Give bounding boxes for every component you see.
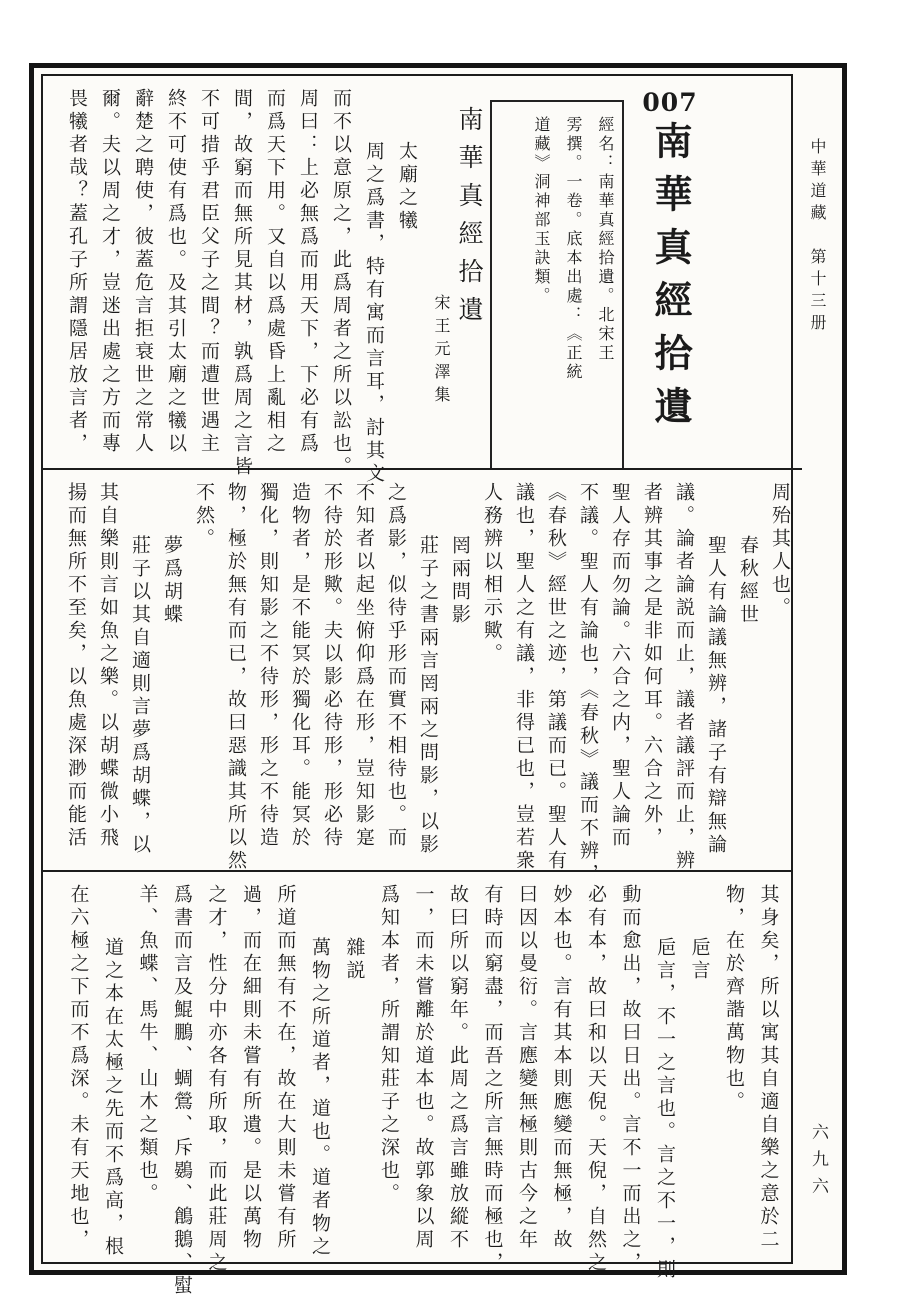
text-column: 不議。聖人有論也，《春秋》議而不辨， <box>565 480 597 862</box>
serial-number: 007 <box>642 86 697 121</box>
text-column: 羊、魚蝶、馬牛、山木之類也。 <box>122 882 157 1254</box>
text-column: 過，而在細則未嘗有所遺。是以萬物 <box>226 882 261 1254</box>
text-column: 不然。 <box>181 480 213 862</box>
text-column: 動而愈出，故曰日出。言不一而出之， <box>605 882 640 1254</box>
section-heading: 雜説 <box>329 882 364 1254</box>
text-column: 之爲影，似待乎形而實不相待也。而 <box>373 480 405 862</box>
text-column: 曰因以曼衍。言應變無極則古今之年 <box>502 882 537 1254</box>
folio-number: 六九六 <box>806 1123 831 1204</box>
text-column: 故曰所以窮年。此周之爲言雖放縱不 <box>433 882 468 1254</box>
text-column: 終不可使有爲也。及其引太廟之犧以 <box>152 86 185 460</box>
page-outer-frame: 007 南華真經拾遺 經名：南華真經拾遺。北宋王雱撰。一卷。底本出處：《正統道藏… <box>29 63 847 1275</box>
text-column: 莊子以其自適則言夢爲胡蝶，以 <box>117 480 149 862</box>
text-column: 周殆其人也。 <box>757 480 789 862</box>
text-column: 巵言，不一之言也。言之不一，則 <box>640 882 675 1254</box>
text-column: 不可措乎君臣父子之間？而遭世遇主 <box>185 86 218 460</box>
text-column: 莊子之書兩言罔兩之問影，以影 <box>405 480 437 862</box>
text-column: 不知者以起坐俯仰爲在形，豈知影寔 <box>341 480 373 862</box>
colophon-line: 經名：南華真經拾遺。北宋王 <box>581 116 613 454</box>
text-column: 議也，聖人之有議，非得已也，豈若衆 <box>501 480 533 862</box>
colophon-column: 經名：南華真經拾遺。北宋王雱撰。一卷。底本出處：《正統道藏》洞神部玉訣類。 <box>482 86 620 460</box>
section-heading: 罔兩問影 <box>437 480 469 862</box>
text-column: 爾。夫以周之才，豈迷出處之方而專 <box>86 86 119 460</box>
text-column: 者辨其事之是非如何耳。六合之外， <box>629 480 661 862</box>
chapter-title: 南華真經拾遺 <box>449 86 482 460</box>
text-column: 爲知本者，所謂知莊子之深也。 <box>364 882 399 1254</box>
colophon-line: 道藏》洞神部玉訣類。 <box>517 116 549 454</box>
author-byline: 宋王元澤集 <box>416 86 449 460</box>
text-column: 間，故窮而無所見其材，孰爲周之言皆 <box>218 86 251 460</box>
text-column: 在六極之下而不爲深。未有天地也， <box>53 882 88 1254</box>
text-column: 所道而無有不在，故在大則未嘗有所 <box>260 882 295 1254</box>
text-column: 造物者，是不能冥於獨化耳。能冥於 <box>277 480 309 862</box>
register-middle: 周殆其人也。春秋經世聖人有論議無辨，諸子有辯無論議。論者論説而止，議者議評而止，… <box>43 468 802 870</box>
collection-mark: 中華道藏 第十三册 <box>806 138 829 336</box>
text-column: 道之本在太極之先而不爲高，根 <box>88 882 123 1254</box>
colophon-line: 雱撰。一卷。底本出處：《正統 <box>549 116 581 454</box>
section-heading: 巵言 <box>674 882 709 1254</box>
section-heading: 夢爲胡蝶 <box>149 480 181 862</box>
text-column: 而不以意原之，此爲周者之所以訟也。 <box>317 86 350 460</box>
text-column: 聖人存而勿論。六合之内，聖人論而 <box>597 480 629 862</box>
text-column: 妙本也。言有其本則應變而無極，故 <box>536 882 571 1254</box>
text-column: 必有本，故曰和以天倪。天倪，自然之 <box>571 882 606 1254</box>
text-column: 聖人有論議無辨，諸子有辯無論 <box>693 480 725 862</box>
page-title: 南華真經拾遺 <box>651 121 689 439</box>
text-column: 《春秋》經世之迹，第議而已。聖人有 <box>533 480 565 862</box>
text-column: 其自樂則言如魚之樂。以胡蝶微小飛 <box>85 480 117 862</box>
text-block-frame: 007 南華真經拾遺 經名：南華真經拾遺。北宋王雱撰。一卷。底本出處：《正統道藏… <box>41 74 793 1264</box>
section-heading: 太廟之犧 <box>383 86 416 460</box>
text-column: 周之爲書，特有寓而言耳，討其文 <box>350 86 383 460</box>
text-column: 不待於形歟。夫以影必待形，形必待 <box>309 480 341 862</box>
text-column: 揚而無所不至矣，以魚處深渺而能活 <box>53 480 85 862</box>
scanned-page: { "margin": { "collection_mark": "中華道藏 第… <box>0 0 900 1300</box>
text-column: 辭楚之聘使，彼蓋危言拒衰世之常人 <box>119 86 152 460</box>
section-heading: 春秋經世 <box>725 480 757 862</box>
text-column: 獨化，則知影之不待形，形之不待造 <box>245 480 277 862</box>
text-column: 爲書而言及鯤鵬、蜩鶯、斥鷃、鶬鵝、螱 <box>157 882 192 1254</box>
text-column: 一，而未嘗離於道本也。故郭象以周 <box>398 882 433 1254</box>
text-column: 其身矣，所以寓其自適自樂之意於二 <box>743 882 778 1254</box>
colophon-box: 經名：南華真經拾遺。北宋王雱撰。一卷。底本出處：《正統道藏》洞神部玉訣類。 <box>490 100 624 470</box>
text-column: 物，在於齊諧萬物也。 <box>709 882 744 1254</box>
text-column: 而爲天下用。又自以爲處昏上亂相之 <box>251 86 284 460</box>
right-margin: 中華道藏 第十三册 六九六 <box>798 68 840 1262</box>
text-column: 畏犧者哉？蓋孔子所謂隱居放言者， <box>53 86 86 460</box>
register-top: 007 南華真經拾遺 經名：南華真經拾遺。北宋王雱撰。一卷。底本出處：《正統道藏… <box>43 76 733 468</box>
register-bottom: 其身矣，所以寓其自適自樂之意於二物，在於齊諧萬物也。巵言巵言，不一之言也。言之不… <box>43 870 791 1262</box>
text-column: 有時而窮盡，而吾之所言無時而極也， <box>467 882 502 1254</box>
text-column: 萬物之所道者，道也。道者物之 <box>295 882 330 1254</box>
text-column: 人務辨以相示歟。 <box>469 480 501 862</box>
title-column: 007 南華真經拾遺 <box>620 86 720 460</box>
text-column: 議。論者論説而止，議者議評而止，辨 <box>661 480 693 862</box>
text-column: 物，極於無有而已，故曰惡識其所以然 <box>213 480 245 862</box>
text-column: 之才，性分中亦各有所取，而此莊周之 <box>191 882 226 1254</box>
text-column: 周曰：上必無爲而用天下，下必有爲 <box>284 86 317 460</box>
